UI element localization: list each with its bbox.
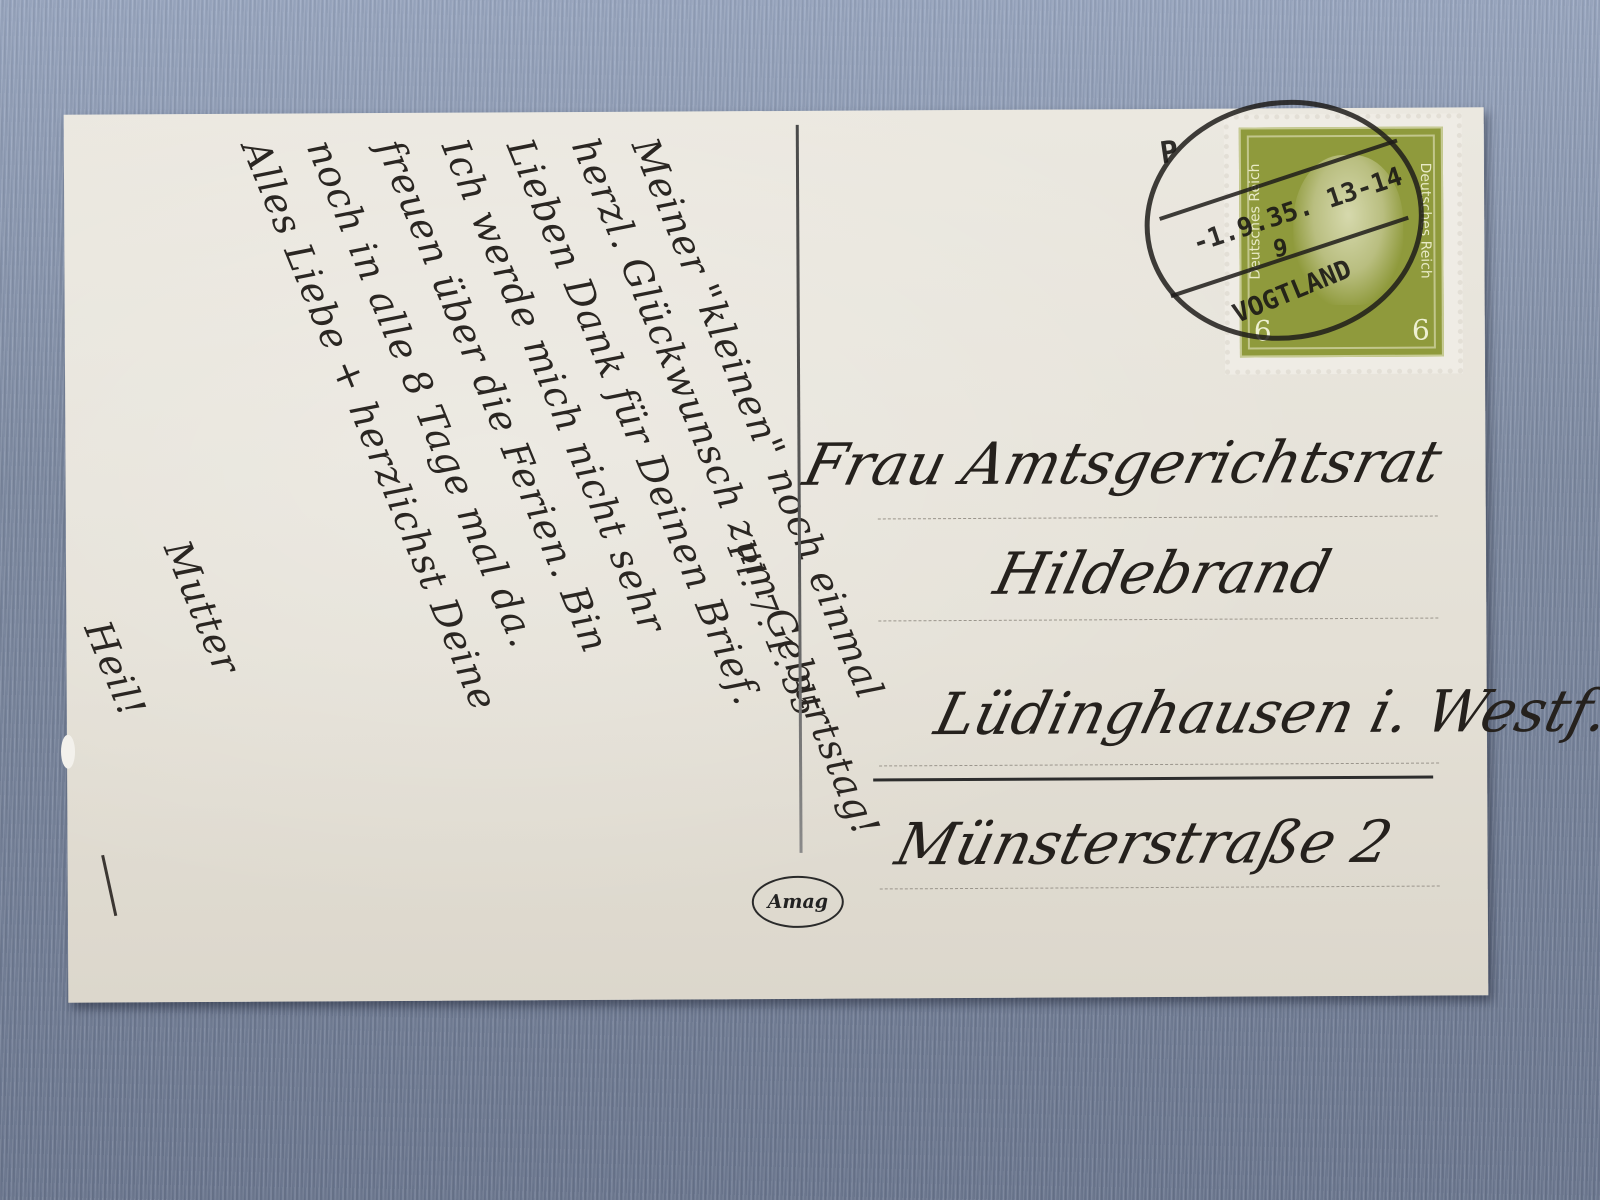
address-rule xyxy=(878,516,1438,520)
address-line-1: Frau Amtsgerichtsrat xyxy=(797,427,1448,498)
stamp-value-right: 6 xyxy=(1412,314,1430,347)
postmark-region: VOGTLAND xyxy=(1229,254,1356,329)
publisher-logo: Amag xyxy=(752,876,844,928)
address-rule xyxy=(878,618,1438,622)
address-underline xyxy=(873,776,1433,782)
card-tear xyxy=(61,735,75,769)
postmark-town: P xyxy=(1158,134,1181,171)
address-line-3: Lüdinghausen i. Westf. xyxy=(929,677,1600,749)
address-rule xyxy=(880,886,1440,890)
signature-dash xyxy=(101,855,117,916)
postmark-code: 9 xyxy=(1271,233,1289,263)
postcard: Meiner "kleinen" noch einmal herzl. Glüc… xyxy=(64,107,1489,1002)
postmark-date: -1.9.35. 13-14 xyxy=(1189,162,1406,259)
message-signoff: Heil! xyxy=(76,614,155,723)
address-rule xyxy=(879,763,1439,767)
message-line: Mutter xyxy=(155,534,249,681)
address-line-4: Münsterstraße 2 xyxy=(889,808,1399,879)
address-line-2: Hildebrand xyxy=(988,538,1338,608)
